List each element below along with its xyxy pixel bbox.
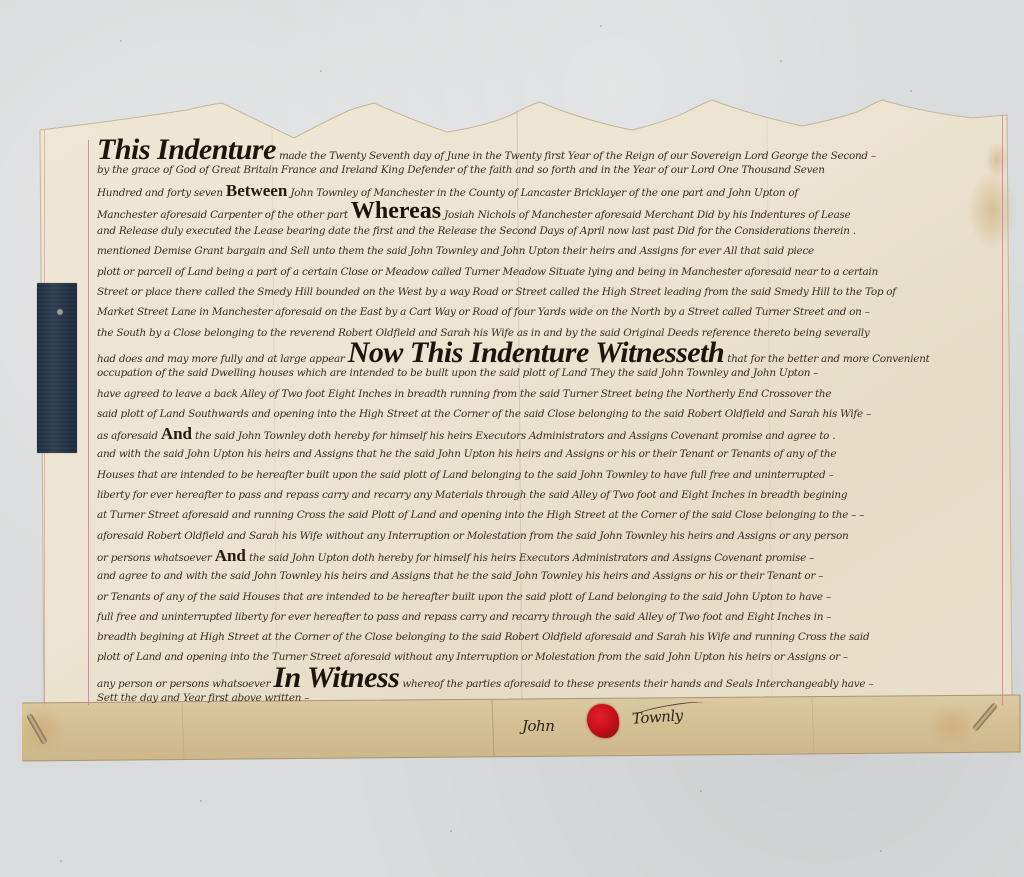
engrossed-heading: Between <box>226 181 287 200</box>
blue-ribbon-tab <box>37 283 77 453</box>
document-line: at Turner Street aforesaid and running C… <box>97 505 1002 525</box>
document-line: or persons whatsoever And the said John … <box>97 546 1002 566</box>
document-line: full free and uninterrupted liberty for … <box>97 607 1002 627</box>
document-line: breadth begining at High Street at the C… <box>97 627 1002 647</box>
document-line: and agree to and with the said John Town… <box>97 566 1002 586</box>
line-text: plott of Land and opening into the Turne… <box>97 651 848 663</box>
line-text: Josiah Nichols of Manchester aforesaid M… <box>441 209 850 221</box>
line-text: mentioned Demise Grant bargain and Sell … <box>97 245 814 257</box>
margin-ruling-right <box>1002 115 1003 705</box>
document-line: or Tenants of any of the said Houses tha… <box>97 587 1002 607</box>
line-text: Market Street Lane in Manchester aforesa… <box>97 306 870 318</box>
document-line: any person or persons whatsoever In Witn… <box>97 668 1002 688</box>
line-text: the said John Upton doth hereby for hims… <box>246 552 814 564</box>
document-line: occupation of the said Dwelling houses w… <box>97 363 1002 383</box>
engrossed-heading: Whereas <box>351 198 441 224</box>
engrossed-heading: And <box>161 424 192 443</box>
line-text: have agreed to leave a back Alley of Two… <box>97 388 831 400</box>
document-line: plott of Land and opening into the Turne… <box>97 647 1002 667</box>
signature-surname: Townly <box>631 706 683 727</box>
line-text: and agree to and with the said John Town… <box>97 570 823 582</box>
line-text: occupation of the said Dwelling houses w… <box>97 367 818 379</box>
document-line: Manchester aforesaid Carpenter of the ot… <box>97 201 1002 221</box>
line-text: as aforesaid <box>97 430 161 442</box>
document-line: plott or parcell of Land being a part of… <box>97 262 1002 282</box>
line-text: plott or parcell of Land being a part of… <box>97 266 878 278</box>
line-text: Manchester aforesaid Carpenter of the ot… <box>97 209 351 221</box>
line-text: said plott of Land Southwards and openin… <box>97 408 871 420</box>
ribbon-knot-icon <box>57 309 63 315</box>
wax-seal-icon <box>587 704 619 738</box>
indenture-text: This Indenture made the Twenty Seventh d… <box>97 140 1002 708</box>
line-text: or Tenants of any of the said Houses tha… <box>97 591 831 603</box>
document-line: and with the said John Upton his heirs a… <box>97 444 1002 464</box>
document-line: have agreed to leave a back Alley of Two… <box>97 384 1002 404</box>
document-line: Sett the day and Year first above writte… <box>97 688 1002 708</box>
document-line: as aforesaid And the said John Townley d… <box>97 424 1002 444</box>
document-line: Market Street Lane in Manchester aforesa… <box>97 302 1002 322</box>
document-line: This Indenture made the Twenty Seventh d… <box>97 140 1002 160</box>
line-text: the said John Townley doth hereby for hi… <box>192 430 835 442</box>
line-text: and with the said John Upton his heirs a… <box>97 448 836 460</box>
line-text: at Turner Street aforesaid and running C… <box>97 509 864 521</box>
signature-first-name: John <box>522 717 554 735</box>
line-text: Houses that are intended to be hereafter… <box>97 469 833 481</box>
line-text: aforesaid Robert Oldfield and Sarah his … <box>97 530 848 542</box>
line-text: Hundred and forty seven <box>97 187 226 199</box>
line-text: or persons whatsoever <box>97 552 215 564</box>
engrossed-heading: And <box>215 546 246 565</box>
document-line: said plott of Land Southwards and openin… <box>97 404 1002 424</box>
line-text: Sett the day and Year first above writte… <box>97 692 309 704</box>
line-text: John Townley of Manchester in the County… <box>287 187 798 199</box>
line-text: breadth begining at High Street at the C… <box>97 631 869 643</box>
margin-ruling-left <box>88 140 89 705</box>
document-line: Hundred and forty seven Between John Tow… <box>97 181 1002 201</box>
document-line: aforesaid Robert Oldfield and Sarah his … <box>97 526 1002 546</box>
line-text: full free and uninterrupted liberty for … <box>97 611 831 623</box>
line-text: and Release duly executed the Lease bear… <box>97 225 856 237</box>
document-line: by the grace of God of Great Britain Fra… <box>97 160 1002 180</box>
line-text: liberty for ever hereafter to pass and r… <box>97 489 847 501</box>
document-line: had does and may more fully and at large… <box>97 343 1002 363</box>
line-text: Street or place there called the Smedy H… <box>97 286 896 298</box>
document-line: Houses that are intended to be hereafter… <box>97 465 1002 485</box>
document-line: and Release duly executed the Lease bear… <box>97 221 1002 241</box>
line-text: by the grace of God of Great Britain Fra… <box>97 164 825 176</box>
document-line: Street or place there called the Smedy H… <box>97 282 1002 302</box>
document-line: mentioned Demise Grant bargain and Sell … <box>97 241 1002 261</box>
document-line: liberty for ever hereafter to pass and r… <box>97 485 1002 505</box>
indenture-parchment: This Indenture made the Twenty Seventh d… <box>22 0 1022 877</box>
